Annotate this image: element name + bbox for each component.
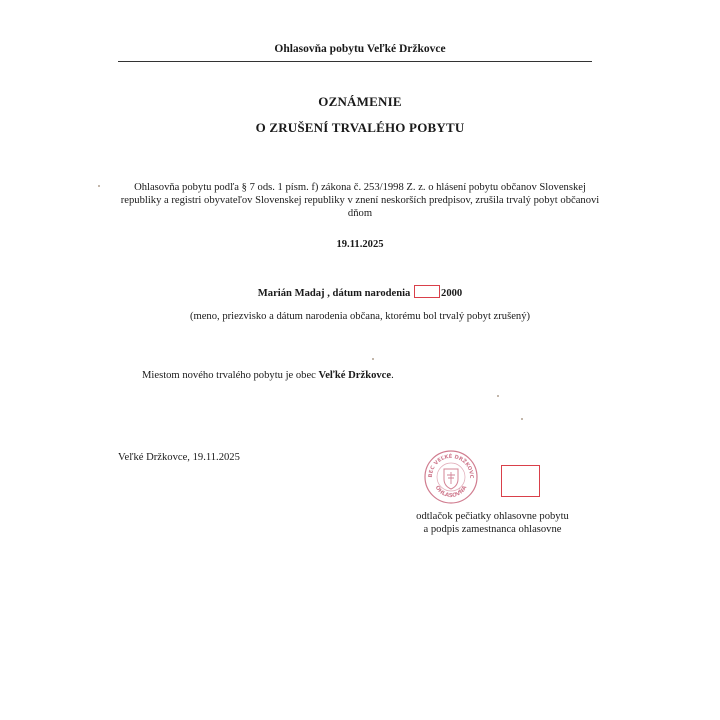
cancellation-date: 19.11.2025 xyxy=(0,239,720,250)
citizen-name: Marián Madaj , xyxy=(258,288,330,299)
birth-year: 2000 xyxy=(441,288,462,299)
stamp-caption-line-2: a podpis zamestnanca ohlasovne xyxy=(400,523,585,536)
office-header: Ohlasovňa pobytu Veľké Držkovce xyxy=(0,43,720,55)
stamp-caption-line-1: odtlačok pečiatky ohlasovne pobytu xyxy=(400,510,585,523)
svg-text:OHLASOVŇA: OHLASOVŇA xyxy=(434,484,469,499)
legal-paragraph: Ohlasovňa pobytu podľa § 7 ods. 1 písm. … xyxy=(110,181,610,220)
document-title: OZNÁMENIE xyxy=(0,94,720,110)
new-residence-line: Miestom nového trvalého pobytu je obec V… xyxy=(142,370,394,381)
paragraph-line-2: republiky a registri obyvateľov Slovensk… xyxy=(110,194,610,207)
paragraph-line-3: dňom xyxy=(110,207,610,220)
scan-speck xyxy=(497,395,499,397)
document-subtitle: O ZRUŠENÍ TRVALÉHO POBYTU xyxy=(0,120,720,136)
citizen-note: (meno, priezvisko a dátum narodenia obča… xyxy=(0,311,720,322)
new-residence-prefix: Miestom nového trvalého pobytu je obec xyxy=(142,370,316,381)
citizen-line: Marián Madaj , dátum narodenia 2000 xyxy=(0,285,720,299)
paragraph-line-1: Ohlasovňa pobytu podľa § 7 ods. 1 písm. … xyxy=(110,181,610,194)
scan-speck xyxy=(98,185,100,187)
redacted-birth-date xyxy=(414,285,440,298)
redacted-signature xyxy=(501,465,540,497)
new-residence-suffix: . xyxy=(391,370,394,381)
birth-date-label: dátum narodenia xyxy=(333,288,411,299)
stamp-caption: odtlačok pečiatky ohlasovne pobytu a pod… xyxy=(400,510,585,536)
place-and-date: Veľké Držkovce, 19.11.2025 xyxy=(118,452,240,463)
scan-speck xyxy=(521,418,523,420)
new-residence-municipality: Veľké Držkovce xyxy=(319,370,392,381)
svg-text:OBEC VEĽKÉ DRŽKOVCE: OBEC VEĽKÉ DRŽKOVCE xyxy=(423,449,474,479)
header-divider xyxy=(118,61,592,62)
official-stamp-icon: OBEC VEĽKÉ DRŽKOVCE OHLASOVŇA xyxy=(423,449,479,505)
scan-speck xyxy=(372,358,374,360)
